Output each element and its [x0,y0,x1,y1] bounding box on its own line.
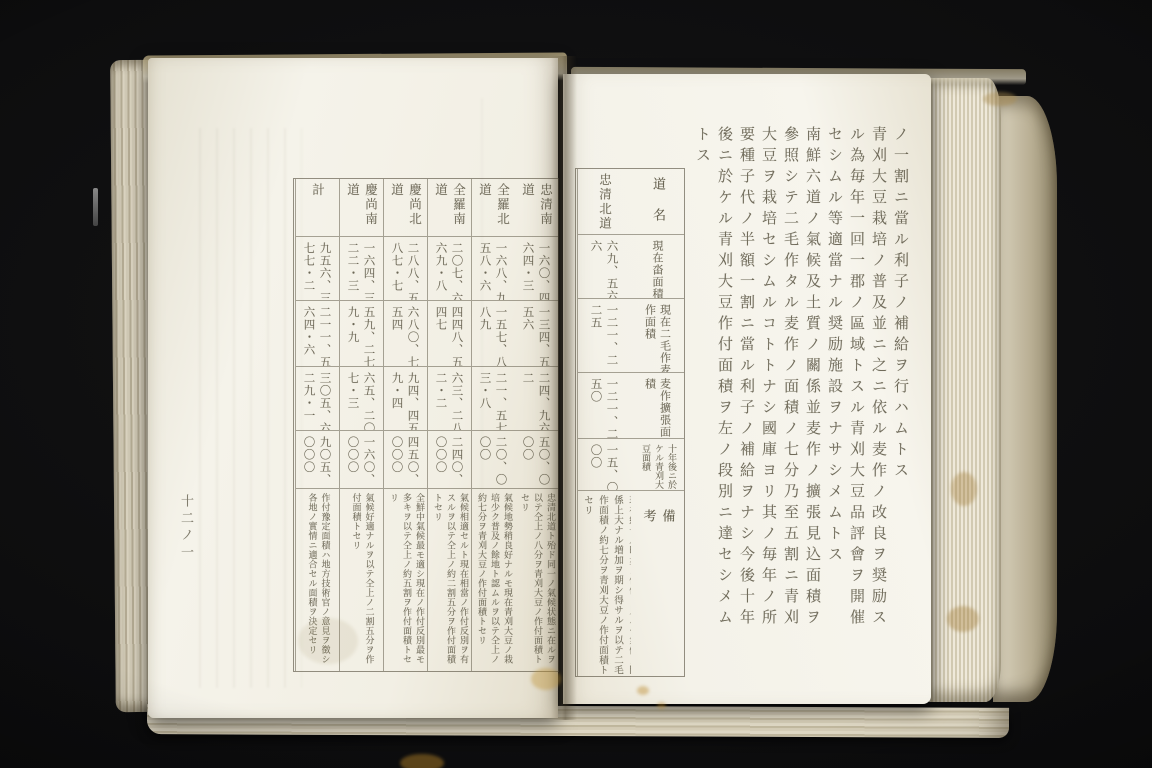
binding-clip [93,188,98,226]
body-column: 後ニ於ケル青刈大豆作付面積ヲ左ノ段別ニ達セシメム [717,126,736,692]
value-cell: 二〇七、六六九・八 [434,237,466,301]
value-cell: 一五七、八八九 [478,301,510,367]
right-page: ノ一割ニ當ル利子ノ補給ヲ行ハムトス 青刈大豆栽培ノ普及並ニ之ニ依ル麦作ノ改良ヲ奨… [563,74,931,704]
value-cell: 一六四、三二二・三 [346,237,378,301]
province-name: 慶尚北道 [388,179,424,237]
body-column: 青刈大豆栽培ノ普及並ニ之ニ依ル麦作ノ改良ヲ奨励ス [871,126,890,692]
value-cell: 三〇五、六二九・一 [302,367,334,431]
header-expansion-area: 麦作擴張面積 [643,373,673,439]
value-cell: 二八八、五八七・七 [390,237,422,301]
stain [400,754,444,768]
value-cell: 一三四、五五六 [521,301,553,367]
province-name: 慶尚南道 [344,179,380,237]
body-text: ノ一割ニ當ル利子ノ補給ヲ行ハムトス 青刈大豆栽培ノ普及並ニ之ニ依ル麦作ノ改良ヲ奨… [688,126,912,692]
value-cell: 六八〇、七五四 [390,301,422,367]
fore-edge-right [929,78,1001,702]
province-name: 全羅北道 [476,179,512,237]
note-cell: 氣候地勢稍良好ナルモ現在青刈大豆ノ栽培少ク普及ノ餘地ト認ムルヲ以テ仝上ノ約七分ヲ… [472,489,515,669]
body-column: トス [695,126,714,692]
note-cell: 全鮮中氣候最モ適シ現在ノ作付反別最モ多キヲ以テ仝上ノ約五割ヲ作付面積トセリ [384,489,427,669]
body-column: ル為毎年一回一郡ノ區域トスル青刈大豆品評會ヲ開催 [849,126,868,692]
total-label: 計 [309,179,327,237]
table-row: 全羅北道 一六八、九五八・六 一五七、八八九 二一、五七三・八 二〇、〇〇〇 氣… [471,179,515,671]
header-ten-year-area: 十年後ニ於ケル青刈大豆面積 [638,439,677,491]
left-table: 忠清南道 一六〇、四六四・三 一三四、五五六 二四、九六二 五〇、〇〇〇 忠清北… [293,178,559,672]
value-cell: 二一一、五六四・六 [302,301,334,367]
value-cell: 一二一、二二五 [589,299,621,373]
table-row: 全羅南道 二〇七、六六九・八 四四八、五四七 六三、二八二・二 二四〇、〇〇〇 … [427,179,471,671]
value-cell: 九五六、三七七・二 [302,237,334,301]
table-row: 慶尚北道 二八八、五八七・七 六八〇、七五四 九四、四五九・四 四五〇、〇〇〇 … [383,179,427,671]
body-column: 大豆ヲ栽培セシムルコトトナシ國庫ヨリ其ノ毎年ノ所 [761,126,780,692]
value-cell: 五〇、〇〇〇 [521,431,553,489]
note-cell: 作付豫定面積ハ地方技術官ノ意見ヲ徴シ各地ノ實情ニ適合セル面積ヲ決定セリ [303,489,333,669]
value-cell: 一六八、九五八・六 [478,237,510,301]
header-remarks: 備考 [639,491,677,674]
photo-frame: 十二ノ一 忠清南道 一六〇、四六四・三 一三四、五五六 二四、九六二 五〇、〇〇… [0,0,1152,768]
right-table: 道名 現在畓面積 現在二毛作麦作面積 麦作擴張面積 十年後ニ於ケル青刈大豆面積 … [575,168,685,677]
province-name: 全羅南道 [432,179,468,237]
value-cell: 二一、五七三・八 [478,367,510,431]
value-cell: 六五、二〇七・三 [346,367,378,431]
value-cell: 五九、二七九・九 [346,301,378,367]
value-cell: 一二一、二五〇 [589,373,621,439]
province-name: 忠清北道 [596,169,614,235]
value-cell: 九〇五、〇〇〇 [302,431,334,489]
note-cell: 氣候好適ナルヲ以テ仝上ノ二割五分ヲ作付面積トセリ [347,489,377,669]
value-cell: 一六〇、〇〇〇 [346,431,378,489]
header-double-crop-area: 現在二毛作麦作面積 [643,299,673,373]
ink-bleedthrough [184,128,302,688]
header-road-name: 道名 [648,169,667,235]
value-cell: 四五〇、〇〇〇 [390,431,422,489]
value-cell: 六三、二八二・二 [434,367,466,431]
note-cell: 氣候相適セルト現在相當ノ作付反別ヲ有スルヲ以テ仝上ノ約二割五分ヲ作付面積トセリ [428,489,471,669]
open-book: 十二ノ一 忠清南道 一六〇、四六四・三 一三四、五五六 二四、九六二 五〇、〇〇… [85,40,1075,746]
value-cell: 四四八、五四七 [434,301,466,367]
page-stack-right-outer [993,96,1057,702]
body-column: セシムル等適當ナル奨励施設ヲナサシメムトス [827,126,846,692]
table-row: 忠清北道 六九、五六六 一二一、二二五 一二一、二五〇 一五、〇〇〇 現在約七八… [577,169,631,676]
body-column: ノ一割ニ當ル利子ノ補給ヲ行ハムトス [893,126,912,692]
body-column: 參照シテ二毛作タル麦作ノ面積ノ七分乃至五割ニ青刈 [783,126,802,692]
value-cell: 二四〇、〇〇〇 [434,431,466,489]
table-header-column: 道名 現在畓面積 現在二毛作麦作面積 麦作擴張面積 十年後ニ於ケル青刈大豆面積 … [631,169,684,676]
body-column: 南鮮六道ノ氣候及土質ノ關係並麦作ノ擴張見込面積ヲ [805,126,824,692]
value-cell: 一六〇、四六四・三 [521,237,553,301]
value-cell: 二〇、〇〇〇 [478,431,510,489]
header-current-paddy-area: 現在畓面積 [650,235,665,299]
table-row: 慶尚南道 一六四、三二二・三 五九、二七九・九 六五、二〇七・三 一六〇、〇〇〇… [339,179,383,671]
left-page: 十二ノ一 忠清南道 一六〇、四六四・三 一三四、五五六 二四、九六二 五〇、〇〇… [148,58,558,718]
gutter-shadow [551,56,577,720]
value-cell: 一五、〇〇〇 [589,439,621,491]
value-cell: 九四、四五九・四 [390,367,422,431]
note-cell: 現在約七八町歩ノ作付ヲ見ルモ氣候ノ關係上大ナル増加ヲ期シ得サルヲ以テ二毛作面積ノ… [578,491,631,674]
table-row-total: 計 九五六、三七七・二 二一一、五六四・六 三〇五、六二九・一 九〇五、〇〇〇 … [295,179,339,671]
body-column: 要種子代ノ半額一割ニ當ル利子ノ補給ヲナシ今後十年 [739,126,758,692]
value-cell: 六九、五六六 [589,235,621,299]
province-name: 忠清南道 [519,179,555,237]
value-cell: 二四、九六二 [521,367,553,431]
page-number: 十二ノ一 [176,494,195,562]
